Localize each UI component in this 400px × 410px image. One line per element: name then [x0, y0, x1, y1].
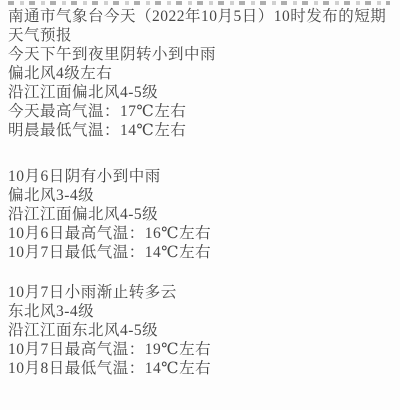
forecast-section-today: 今天下午到夜里阴转小到中雨 偏北风4级左右 沿江江面偏北风4-5级 今天最高气温…	[8, 45, 394, 140]
forecast-line: 10月7日最高气温：19℃左右	[8, 340, 394, 359]
forecast-line: 10月8日最低气温：14℃左右	[8, 359, 394, 378]
forecast-section-oct7: 10月7日小雨渐止转多云 东北风3-4级 沿江江面东北风4-5级 10月7日最高…	[8, 283, 394, 378]
cropped-previous-line-artifact	[8, 1, 390, 5]
forecast-line: 10月6日阴有小到中雨	[8, 167, 394, 186]
forecast-line: 明晨最低气温：14℃左右	[8, 121, 394, 140]
forecast-line: 东北风3-4级	[8, 302, 394, 321]
forecast-line: 10月7日最低气温：14℃左右	[8, 243, 394, 262]
weather-bulletin: 南通市气象台今天（2022年10月5日）10时发布的短期天气预报 今天下午到夜里…	[0, 0, 400, 410]
forecast-header: 南通市气象台今天（2022年10月5日）10时发布的短期天气预报	[8, 7, 394, 45]
forecast-line: 10月6日最高气温：16℃左右	[8, 224, 394, 243]
forecast-section-oct6: 10月6日阴有小到中雨 偏北风3-4级 沿江江面偏北风4-5级 10月6日最高气…	[8, 167, 394, 262]
forecast-line: 沿江江面东北风4-5级	[8, 321, 394, 340]
forecast-line: 沿江江面偏北风4-5级	[8, 83, 394, 102]
forecast-line: 偏北风4级左右	[8, 64, 394, 83]
forecast-line: 偏北风3-4级	[8, 186, 394, 205]
forecast-line: 今天下午到夜里阴转小到中雨	[8, 45, 394, 64]
forecast-line: 沿江江面偏北风4-5级	[8, 205, 394, 224]
forecast-line: 10月7日小雨渐止转多云	[8, 283, 394, 302]
forecast-line: 今天最高气温：17℃左右	[8, 102, 394, 121]
